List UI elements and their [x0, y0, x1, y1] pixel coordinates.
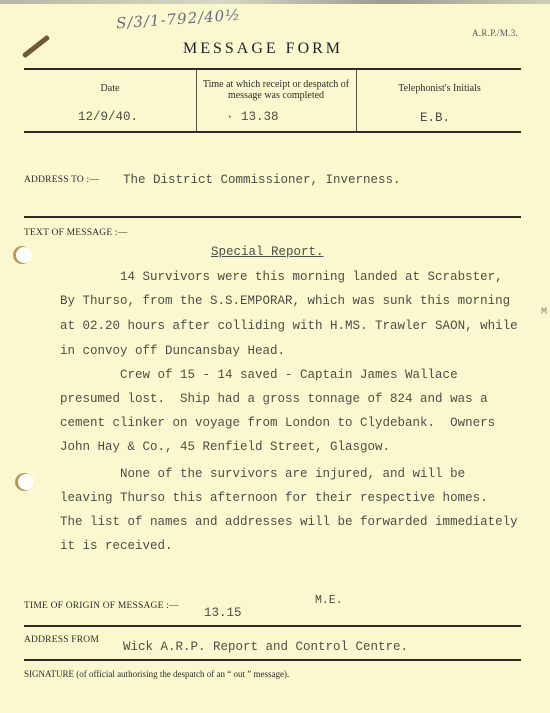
scan-edge	[0, 0, 550, 4]
message-line: it is received.	[60, 539, 173, 553]
address-from-rule	[24, 659, 521, 661]
message-line: The list of names and addresses will be …	[60, 515, 518, 529]
time-of-origin-value: 13.15	[204, 606, 242, 620]
column-divider	[356, 69, 357, 132]
column-divider	[196, 69, 197, 132]
address-to-label: ADDRESS TO :—	[24, 175, 99, 185]
message-line: Crew of 15 - 14 saved - Captain James Wa…	[60, 368, 458, 382]
text-of-message-label: TEXT OF MESSAGE :—	[24, 228, 127, 238]
staple-mark	[22, 35, 50, 59]
form-title: MESSAGE FORM	[183, 40, 343, 58]
origin-initials: M.E.	[315, 594, 343, 607]
punch-hole-top	[16, 247, 32, 263]
message-line: None of the survivors are injured, and w…	[60, 467, 465, 481]
margin-mark: M	[541, 307, 547, 318]
message-line: at 02.20 hours after colliding with H.MS…	[60, 319, 518, 333]
message-line: in convoy off Duncansbay Head.	[60, 344, 285, 358]
message-line: 14 Survivors were this morning landed at…	[60, 270, 503, 284]
telephonist-initials-value: E.B.	[420, 111, 450, 125]
message-heading: Special Report.	[211, 245, 324, 259]
message-line: John Hay & Co., 45 Renfield Street, Glas…	[60, 440, 390, 454]
header-bottom-rule	[24, 131, 521, 133]
time-completed-value: · 13.38	[226, 110, 279, 124]
signature-label: SIGNATURE (of official authorising the d…	[24, 669, 289, 679]
telephonist-initials-label: Telephonist's Initials	[358, 83, 521, 94]
message-line: cement clinker on voyage from London to …	[60, 416, 495, 430]
address-from-label: ADDRESS FROM	[24, 635, 99, 645]
time-completed-label: Time at which receipt or despatch of mes…	[198, 79, 354, 101]
date-value: 12/9/40.	[78, 110, 138, 124]
date-label: Date	[24, 83, 196, 94]
handwritten-reference: S/3/1-792/40½	[116, 6, 242, 33]
header-top-rule	[24, 68, 521, 70]
message-line: leaving Thurso this afternoon for their …	[60, 491, 488, 505]
address-from-value: Wick A.R.P. Report and Control Centre.	[123, 640, 408, 654]
time-of-origin-label: TIME OF ORIGIN OF MESSAGE :—	[24, 601, 179, 611]
address-to-value: The District Commissioner, Inverness.	[123, 173, 401, 187]
punch-hole-bottom	[18, 474, 34, 490]
address-to-rule	[24, 216, 521, 218]
message-line: By Thurso, from the S.S.EMPORAR, which w…	[60, 294, 510, 308]
message-line: presumed lost. Ship had a gross tonnage …	[60, 392, 488, 406]
form-code: A.R.P./M.3.	[472, 28, 518, 38]
time-of-origin-rule	[24, 625, 521, 627]
